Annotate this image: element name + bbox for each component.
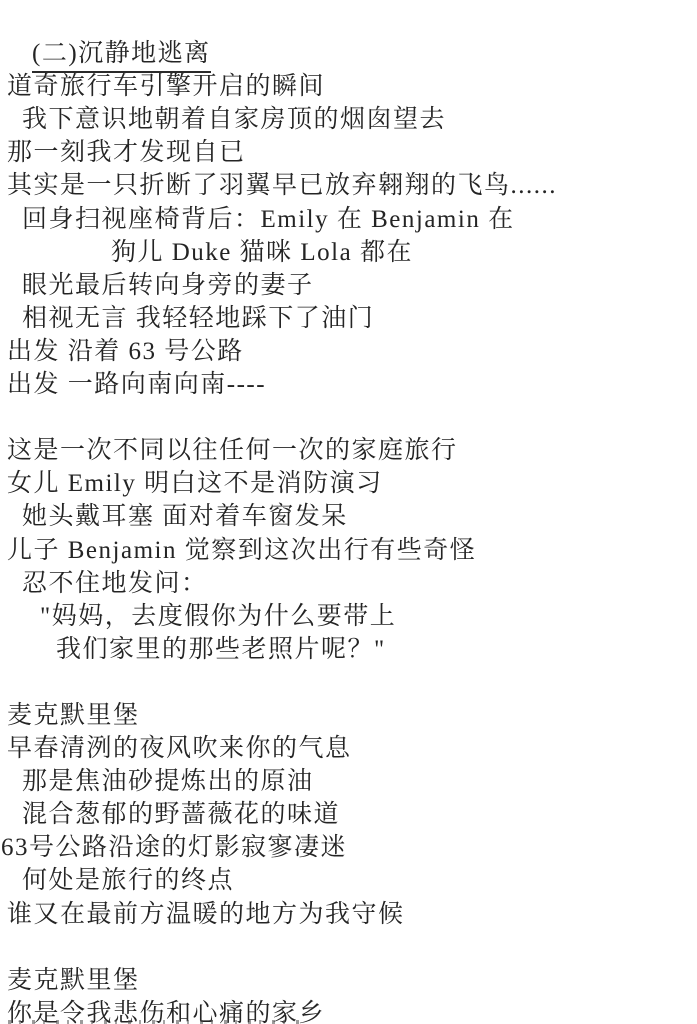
poem-line: 道奇旅行车引擎开启的瞬间: [0, 70, 697, 103]
poem-line: 何处是旅行的终点: [0, 864, 697, 897]
poem-line: "妈妈，去度假你为什么要带上: [0, 600, 697, 633]
blank-line: [0, 401, 697, 434]
poem-line: 眼光最后转向身旁的妻子: [0, 269, 697, 302]
poem-line: 我们家里的那些老照片呢？": [0, 633, 697, 666]
poem-line: 出发 沿着 63 号公路: [0, 335, 697, 368]
blank-line: [0, 931, 697, 964]
poem-line: 那一刻我才发现自已: [0, 136, 697, 169]
poem-line: 她头戴耳塞 面对着车窗发呆: [0, 500, 697, 533]
poem-line: 忍不住地发问：: [0, 567, 697, 600]
document-page: (二)沉静地逃离 道奇旅行车引擎开启的瞬间 我下意识地朝着自家房顶的烟囱望去 那…: [0, 0, 697, 1024]
title-row: (二)沉静地逃离: [0, 4, 697, 37]
blank-line: [0, 666, 697, 699]
poem-line: 其实是一只折断了羽翼早已放弃翱翔的飞鸟......: [0, 169, 697, 202]
poem-line: 麦克默里堡: [0, 964, 697, 997]
poem-title: (二)沉静地逃离: [32, 37, 211, 73]
poem-line: 早春清洌的夜风吹来你的气息: [0, 732, 697, 765]
poem-line: 麦克默里堡: [0, 699, 697, 732]
poem-line: 那是焦油砂提炼出的原油: [0, 765, 697, 798]
poem-line: 谁又在最前方温暖的地方为我守候: [0, 898, 697, 931]
poem-line: 儿子 Benjamin 觉察到这次出行有些奇怪: [0, 534, 697, 567]
poem-line: 女儿 Emily 明白这不是消防演习: [0, 467, 697, 500]
poem-line: 回身扫视座椅背后：Emily 在 Benjamin 在: [0, 203, 697, 236]
poem-line: 这是一次不同以往任何一次的家庭旅行: [0, 434, 697, 467]
poem-line: 狗儿 Duke 猫咪 Lola 都在: [0, 236, 697, 269]
poem-line: 相视无言 我轻轻地踩下了油门: [0, 302, 697, 335]
poem-line: 63号公路沿途的灯影寂寥凄迷: [0, 831, 697, 864]
cutoff-next-line-remnant: [8, 1020, 304, 1024]
poem-line: 出发 一路向南向南----: [0, 368, 697, 401]
poem-line: 我下意识地朝着自家房顶的烟囱望去: [0, 103, 697, 136]
poem-line: 混合葱郁的野蔷薇花的味道: [0, 798, 697, 831]
